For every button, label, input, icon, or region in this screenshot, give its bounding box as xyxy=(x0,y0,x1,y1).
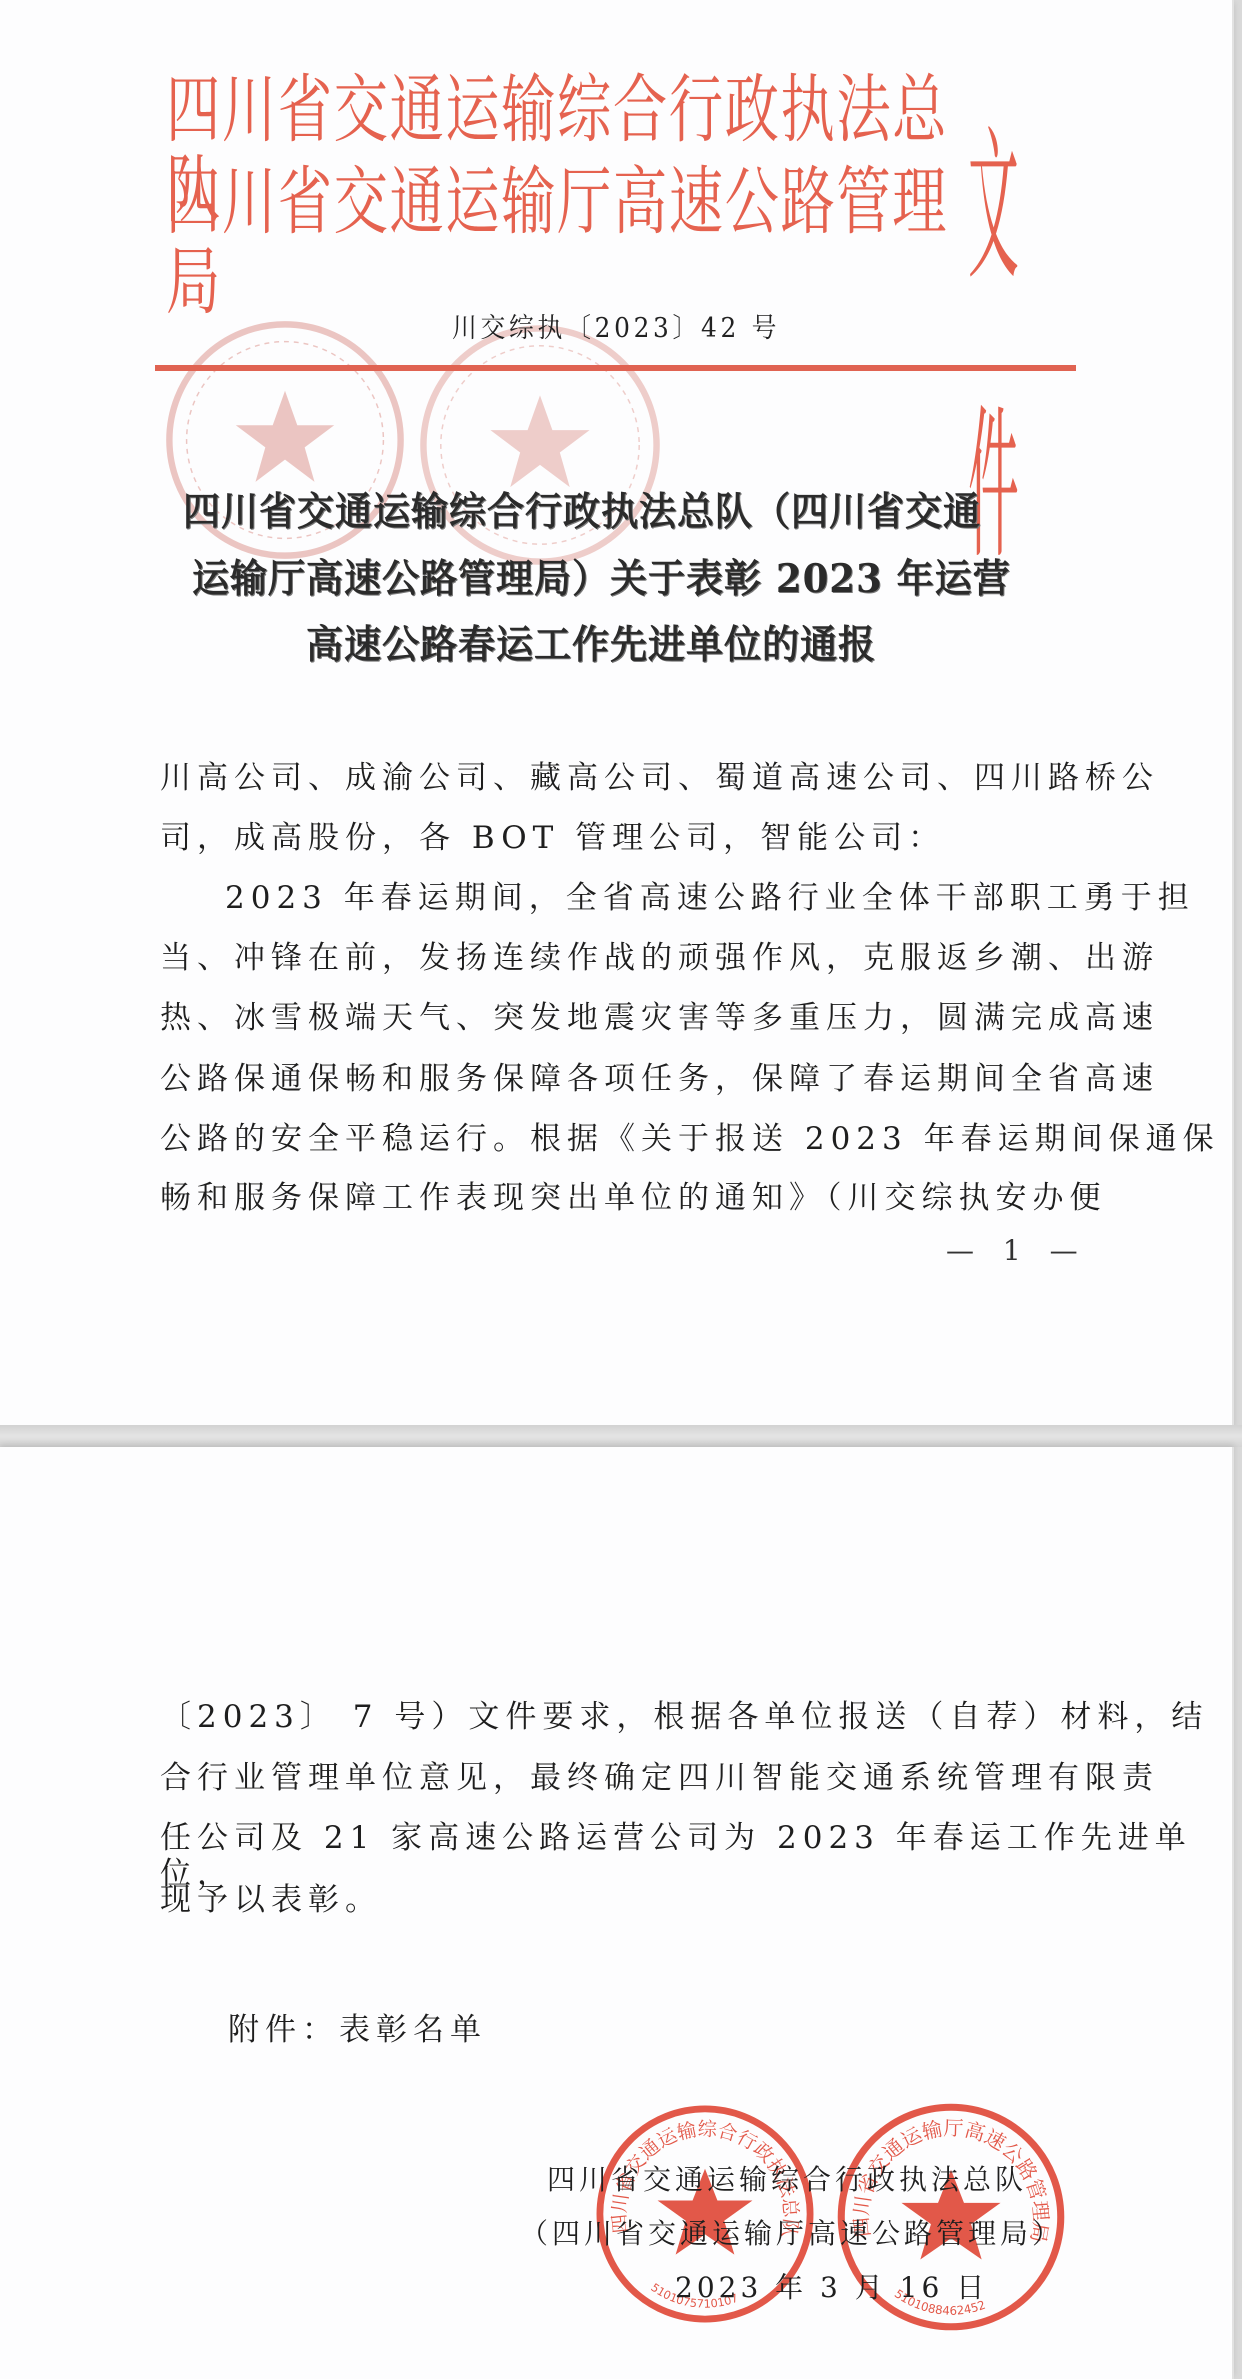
page-gap xyxy=(0,1425,1242,1447)
issuer-line-2: 四川省交通运输厅高速公路管理局 xyxy=(166,162,950,242)
signature-issuer-2: （四川省交通运输厅高速公路管理局） xyxy=(520,2218,1064,2250)
body-line: 畅和服务保障工作表现突出单位的通知》（川交综执安办便 xyxy=(160,1180,1107,1216)
body-line: 合行业管理单位意见，最终确定四川智能交通系统管理有限责 xyxy=(160,1760,1159,1796)
title-line-2: 运输厅高速公路管理局）关于表彰 2023 年运营 xyxy=(192,557,1011,601)
title-line-1: 四川省交通运输综合行政执法总队（四川省交通 xyxy=(183,490,981,534)
body-line: 公路的安全平稳运行。根据《关于报送 2023 年春运期间保通保 xyxy=(160,1121,1220,1157)
attachment-line: 附件：表彰名单 xyxy=(228,2012,487,2048)
document-page-1: 四川省交通运输综合行政执法总队 四川省交通运输厅高速公路管理局 文件 川交综执〔… xyxy=(0,0,1234,1425)
signature-date: 2023 年 3 月 16 日 xyxy=(675,2272,988,2304)
body-line: 〔2023〕 7 号）文件要求，根据各单位报送（自荐）材料，结 xyxy=(160,1699,1208,1735)
document-suffix: 文件 xyxy=(968,68,1016,347)
title-line-3: 高速公路春运工作先进单位的通报 xyxy=(306,623,876,667)
recipients-line-2: 司，成高股份，各 BOT 管理公司，智能公司： xyxy=(160,820,945,856)
body-line: 公路保通保畅和服务保障各项任务，保障了春运期间全省高速 xyxy=(160,1061,1159,1097)
red-divider xyxy=(155,365,1076,371)
issuer-line-1: 四川省交通运输综合行政执法总队 xyxy=(166,70,950,150)
body-line: 热、冰雪极端天气、突发地震灾害等多重压力，圆满完成高速 xyxy=(160,1000,1159,1036)
body-line: 当、冲锋在前，发扬连续作战的顽强作风，克服返乡潮、出游 xyxy=(160,940,1159,976)
recipients-line-1: 川高公司、成渝公司、藏高公司、蜀道高速公司、四川路桥公 xyxy=(160,760,1159,796)
page-number: — 1 — xyxy=(946,1234,1088,1267)
document-page-2: 〔2023〕 7 号）文件要求，根据各单位报送（自荐）材料，结 合行业管理单位意… xyxy=(0,1447,1234,2379)
body-line: 现予以表彰。 xyxy=(160,1882,382,1918)
signature-issuer-1: 四川省交通运输综合行政执法总队 xyxy=(547,2164,1027,2196)
document-number: 川交综执〔2023〕42 号 xyxy=(452,306,780,345)
body-line: 2023 年春运期间，全省高速公路行业全体干部职工勇于担 xyxy=(225,880,1195,916)
